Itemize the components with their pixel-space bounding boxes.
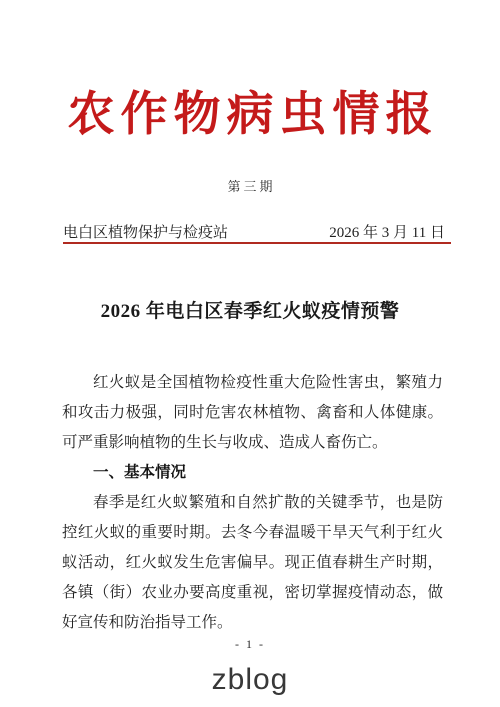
header-divider-rule — [63, 242, 451, 244]
paragraph-intro: 红火蚁是全国植物检疫性重大危险性害虫，繁殖力和攻击力极强，同时危害农林植物、禽畜… — [62, 368, 443, 458]
bulletin-page: 农作物病虫情报 第三期 电白区植物保护与检疫站 2026 年 3 月 11 日 … — [0, 0, 500, 707]
page-number: - 1 - — [0, 637, 500, 652]
article-body: 红火蚁是全国植物检疫性重大危险性害虫，繁殖力和攻击力极强，同时危害农林植物、禽畜… — [62, 368, 443, 630]
paragraph: 春季是红火蚁繁殖和自然扩散的关键季节，也是防控红火蚁的重要时期。去冬今春温暖干旱… — [62, 488, 443, 630]
article-title: 2026 年电白区春季红火蚁疫情预警 — [0, 296, 500, 323]
issuing-organization: 电白区植物保护与检疫站 — [63, 221, 228, 242]
watermark-zblog: zblog — [0, 662, 500, 698]
meta-row: 电白区植物保护与检疫站 2026 年 3 月 11 日 — [63, 221, 445, 242]
issue-date: 2026 年 3 月 11 日 — [329, 221, 445, 242]
issue-label: 第三期 — [0, 176, 500, 195]
section-heading-basic-situation: 一、基本情况 — [62, 458, 443, 488]
masthead-title: 农作物病虫情报 — [0, 84, 500, 145]
